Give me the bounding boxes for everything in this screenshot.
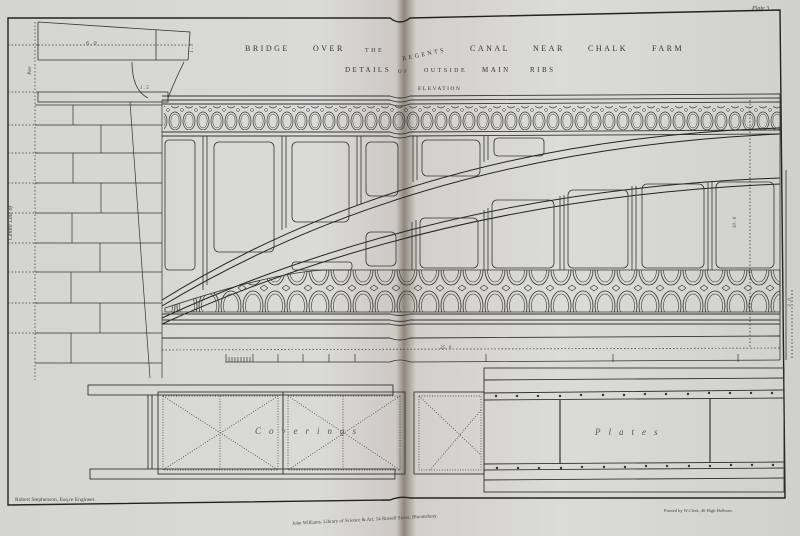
plate-number: Plate 3 (752, 6, 769, 12)
dim-right-depth: 3 . 0 (788, 298, 793, 307)
dim-span-half: 25 . 0 (440, 346, 451, 351)
dim-cornice-height: 1 . 3 (190, 44, 195, 53)
plate-border (8, 10, 785, 505)
pier-label: Pier (28, 66, 33, 75)
dim-top-width: 6 . 0 (86, 41, 97, 47)
bridge-elevation-drawing (0, 0, 800, 536)
printer-credit: Printed by W.Clerk, 40 High Holborn. (664, 508, 733, 513)
plates-label: Plates (595, 427, 666, 437)
dim-cornice-offset: 1 . 5 (140, 86, 149, 91)
engineer-credit: Robert Stephenson, Esq.re Engineer. (15, 497, 96, 503)
dim-rise: 10 . 6 (733, 217, 738, 228)
coverings-label: Coverings (255, 426, 364, 436)
upper-ornamental-band (164, 106, 780, 130)
pier (8, 22, 190, 380)
bottom-chord (162, 314, 780, 340)
lower-spandrel-panels (292, 182, 774, 270)
title-elevation: ELEVATION (418, 86, 461, 92)
span-dimension-line (162, 348, 780, 362)
plate-sheet: Plate 3 BRIDGE OVER THE REGENTS CANAL NE… (0, 0, 800, 536)
upper-spandrel-panels (165, 136, 544, 290)
centre-line-label: Centre Line of (8, 206, 14, 240)
lower-ornamental-band (165, 270, 780, 312)
